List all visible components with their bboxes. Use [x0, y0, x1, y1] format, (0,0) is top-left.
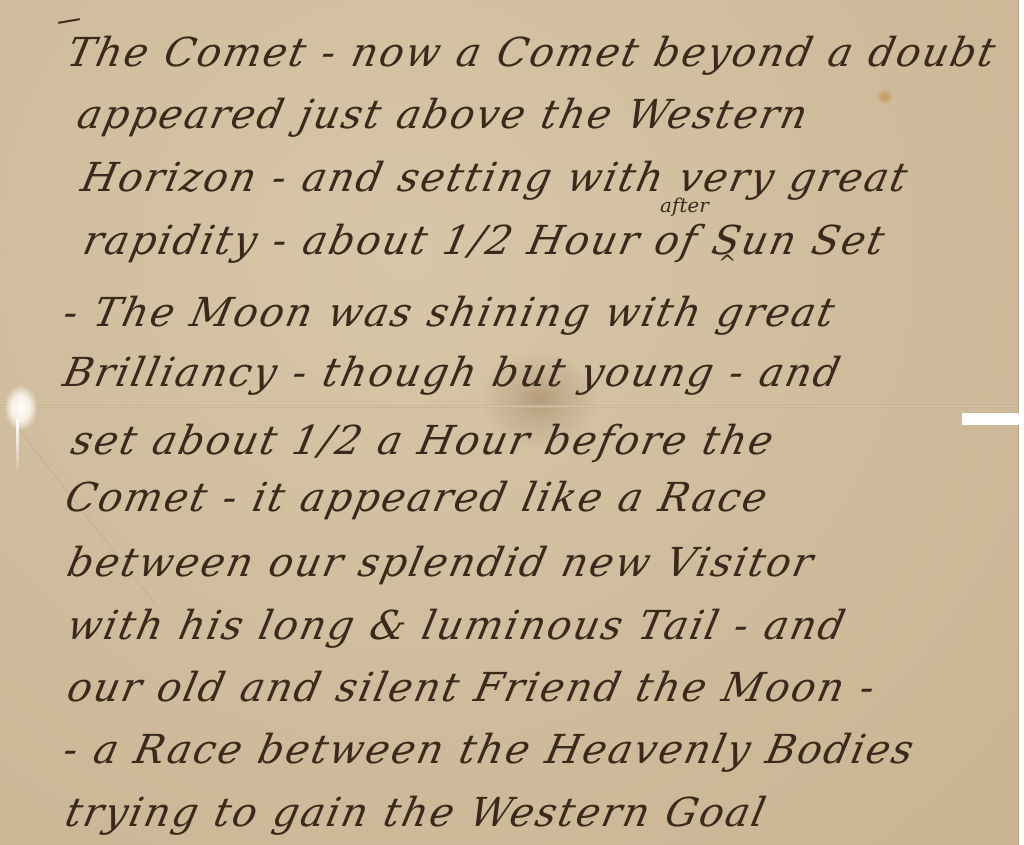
manuscript-line-8: Comet - it appeared like a Race [61, 475, 773, 521]
manuscript-page: The Comet - now a Comet beyond a doubt a… [0, 0, 1019, 845]
paper-fold-crease [0, 405, 1018, 408]
manuscript-line-3: Horizon - and setting with very great [77, 155, 913, 201]
manuscript-line-13: trying to gain the Western Goal [61, 790, 771, 836]
margin-dash-mark [58, 18, 80, 24]
insertion-caret: ^ [718, 252, 736, 277]
manuscript-line-9: between our splendid new Visitor [63, 540, 819, 586]
manuscript-line-11: our old and silent Friend the Moon - [63, 665, 881, 711]
paper-tear-left-stem [16, 420, 19, 475]
interlinear-insertion: after [660, 193, 709, 217]
paper-tear-right [962, 413, 1024, 425]
manuscript-line-7: set about 1/2 a Hour before the [67, 418, 779, 464]
manuscript-line-6: Brilliancy - though but young - and [59, 350, 846, 396]
manuscript-line-10: with his long & luminous Tail - and [63, 603, 851, 649]
manuscript-line-4: rapidity - about 1/2 Hour of Sun Set [79, 218, 890, 264]
manuscript-line-5: - The Moon was shining with great [59, 290, 840, 336]
paper-tear-left [4, 385, 38, 431]
manuscript-line-12: - a Race between the Heavenly Bodies [59, 727, 919, 773]
manuscript-line-1: The Comet - now a Comet beyond a doubt [63, 30, 1001, 76]
manuscript-line-2: appeared just above the Western [73, 92, 813, 138]
